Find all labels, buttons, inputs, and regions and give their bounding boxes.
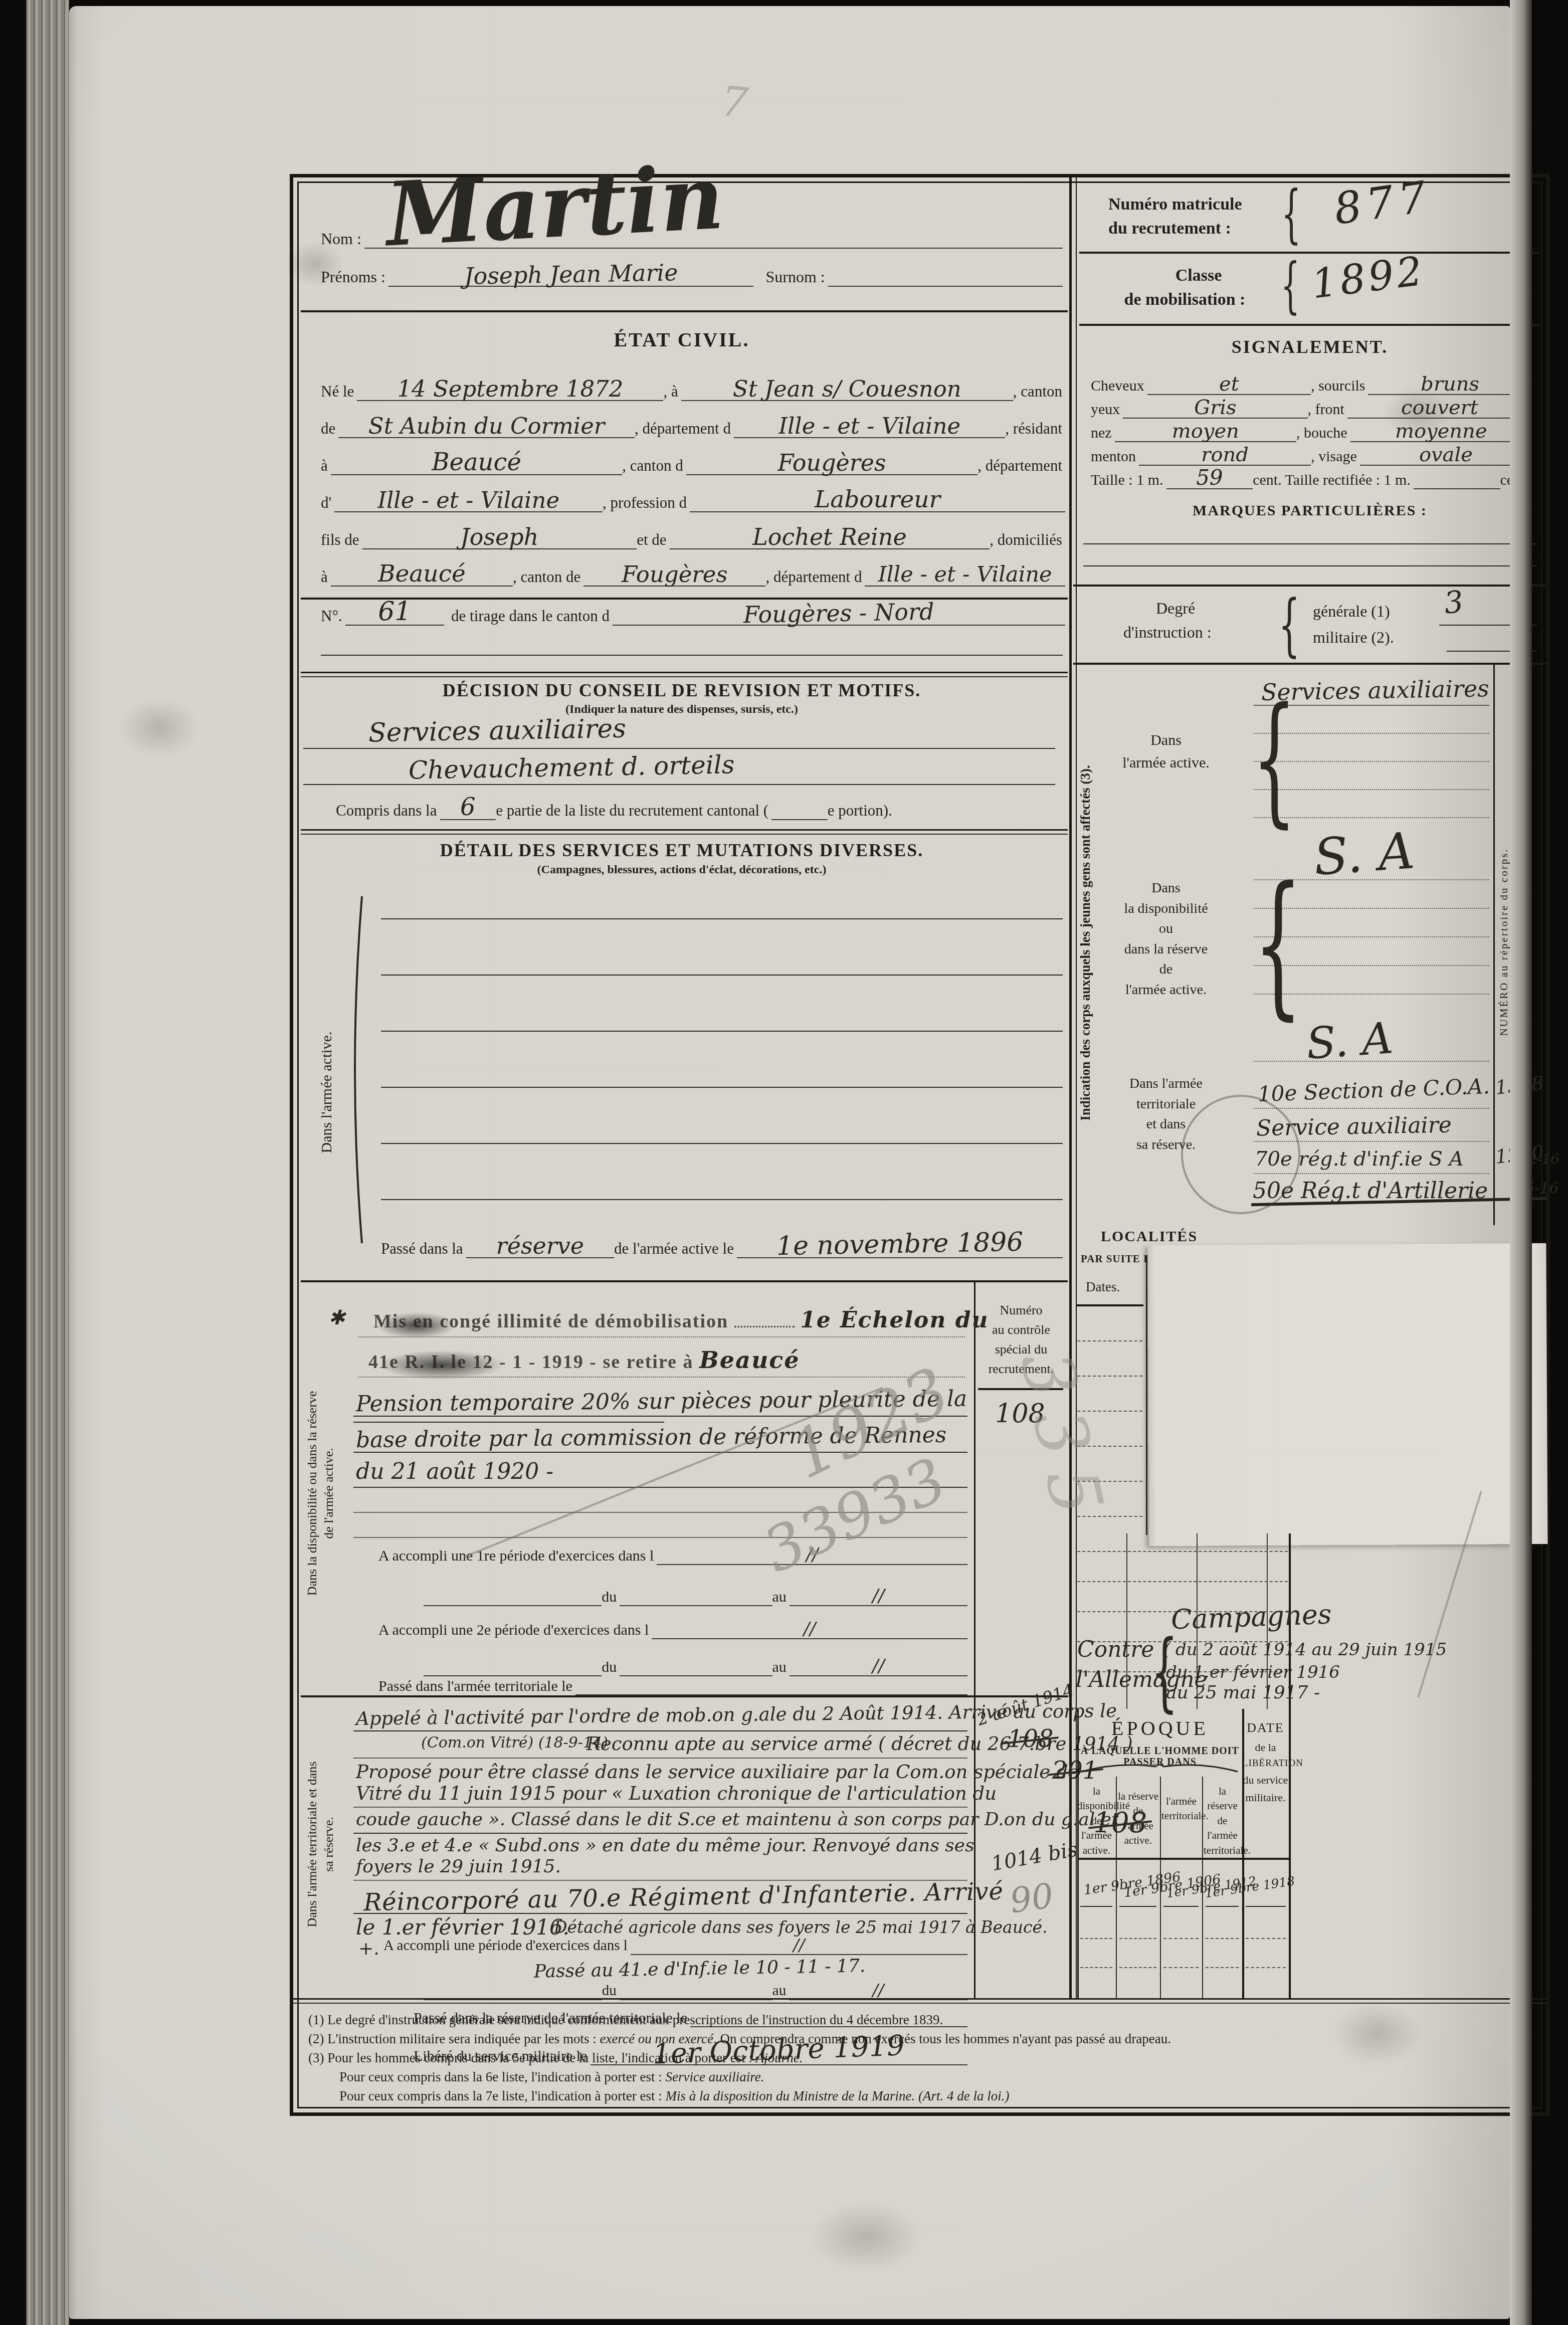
epoque-blank	[1246, 1967, 1286, 1968]
terr-rule1	[353, 1730, 967, 1731]
fils-de-label: fils de	[321, 531, 362, 549]
degre-generale-value: 3	[1443, 587, 1465, 619]
canton-row: de St Aubin du Cormier , département d I…	[321, 409, 1065, 438]
menton-label: menton	[1091, 448, 1139, 466]
footnote-1-num: (1)	[308, 2012, 324, 2027]
section-rule	[301, 1695, 1068, 1697]
pasted-paper-overlay	[1147, 1243, 1547, 1546]
asterisk-mark: ✱	[328, 1308, 345, 1328]
parents-row: fils de Joseph et de Lochet Reine , domi…	[321, 520, 1065, 549]
front-value: couvert	[1401, 398, 1478, 418]
canton3-label: , canton de	[513, 568, 583, 587]
paper-stain	[811, 2202, 921, 2272]
au-line: //	[790, 1587, 967, 1606]
du-line2	[620, 1605, 772, 1606]
pencil-scrawl: 335	[1010, 1345, 1115, 1535]
au-line: //	[789, 1982, 967, 2000]
double-rule-b	[301, 676, 1068, 677]
decision-line2: Chevauchement d. orteils	[409, 752, 735, 783]
canton2-line: Fougères	[686, 451, 978, 475]
au-label: au	[772, 1589, 790, 1606]
service-blank-line	[381, 975, 1063, 976]
disponibilite-side-label: Dans la disponibilité ou dans la réserve…	[304, 1386, 337, 1601]
epoque-blank	[1119, 1967, 1156, 1968]
birthplace-value: St Jean s/ Couesnon	[733, 377, 961, 400]
terr-line6: les 3.e et 4.e « Subd.ons » en date du m…	[356, 1837, 974, 1855]
terr-periode-line: //	[631, 1937, 967, 1955]
residence-line: Beaucé	[331, 450, 623, 475]
decision-line1-rule	[303, 748, 1055, 749]
footnote-5-text: Pour ceux compris dans la 7e liste, l'in…	[339, 2088, 665, 2103]
canton-label: , canton	[1013, 383, 1065, 401]
epoque-row-line	[1080, 1906, 1112, 1907]
footnote-3-text: Pour les hommes compris dans la 5e parti…	[327, 2050, 755, 2065]
passe-territoriale-row: Passé dans l'armée territoriale le	[378, 1670, 967, 1695]
corps-dispo-l1: Dans	[1093, 878, 1239, 899]
footnote-1: (1) Le degré d'instruction générale sera…	[308, 2012, 1534, 2027]
compris-line: 6	[440, 795, 496, 820]
canton2-value: Fougères	[777, 451, 886, 474]
de-label: de	[321, 420, 338, 438]
epoque-header-rule	[1077, 1858, 1289, 1860]
corps-dispo-l3: ou	[1093, 919, 1239, 939]
periode2-row: A accompli une 2e période d'exercices da…	[378, 1614, 967, 1639]
portion-line	[771, 819, 828, 820]
epoque-col1-header: la disponibilité de l'armée active.	[1077, 1784, 1116, 1858]
book-page-edges	[26, 0, 69, 2325]
numero-tirage-value: 61	[378, 599, 411, 625]
birthdate-value: 14 Septembre 1872	[397, 377, 623, 400]
margin-1014bis: 1014 bis	[990, 1839, 1079, 1874]
decision-title: DÉCISION DU CONSEIL DE REVISION ET MOTIF…	[293, 680, 1070, 700]
corps-dispo-value: S. A	[1312, 826, 1416, 883]
epoque-blank	[1080, 1967, 1112, 1968]
father-value: Joseph	[460, 525, 538, 548]
prenoms-line: Joseph Jean Marie	[388, 263, 754, 287]
profession-label: , profession d	[603, 494, 690, 512]
service-blank-line	[381, 1143, 1063, 1144]
nez-value: moyen	[1172, 421, 1239, 441]
stamp-line1-rule	[358, 1336, 965, 1337]
departement3-line: Ille - et - Vilaine	[334, 489, 603, 512]
taille-rectifiee-label: cent. Taille rectifiée : 1 m.	[1253, 472, 1414, 489]
departement-value: Ille - et - Vilaine	[778, 415, 960, 437]
epoque-row-line	[1119, 1906, 1156, 1907]
terr-periode-row: A accompli une période d'exercices dans …	[383, 1932, 967, 1955]
pension-line3: du 21 août 1920 -	[356, 1461, 553, 1483]
classe-label-l1: Classe	[1133, 264, 1264, 288]
periode1-dates-row: du au //	[424, 1581, 967, 1606]
degre-label-l2: d'instruction :	[1123, 624, 1212, 642]
corps-terr-row1: 10e Section de C.O.A.	[1257, 1076, 1490, 1105]
nez-line: moyen	[1115, 421, 1296, 442]
compris-row: Compris dans la 6 e partie de la liste d…	[336, 793, 1038, 820]
a2-label: à	[321, 457, 331, 475]
epoque-date-l4: du service	[1242, 1771, 1289, 1789]
ditto-mark: //	[804, 1620, 816, 1638]
footnote-4-italic: Service auxiliaire.	[665, 2069, 764, 2084]
pension-rule1b	[353, 1422, 664, 1423]
departement-line: Ille - et - Vilaine	[734, 415, 1005, 438]
degre-label-l1: Degré	[1156, 600, 1195, 618]
visage-value: ovale	[1419, 445, 1473, 465]
departement-label: , département d	[635, 420, 734, 438]
departement2-label: , département	[977, 457, 1065, 475]
epoque-right-border	[1289, 1709, 1291, 1998]
passe-reserve-row: Passé dans la réserve de l'armée active …	[381, 1228, 1063, 1258]
margin-108-crossed: 108	[1008, 1727, 1054, 1751]
stamp-echelon: 1e Échelon du	[800, 1309, 989, 1331]
residence-row: à Beaucé , canton d Fougères , départeme…	[321, 446, 1065, 475]
right-column: Numéro matricule du recrutement : { 877 …	[1073, 177, 1546, 1998]
epoque-date-l1: DATE	[1242, 1717, 1289, 1738]
terr-rule3	[353, 1807, 967, 1808]
campagnes-contre: Contre	[1077, 1639, 1154, 1661]
tirage-canton-value: Fougères - Nord	[743, 600, 934, 627]
cheveux-value: et	[1219, 374, 1239, 394]
nez-label: nez	[1091, 425, 1115, 442]
stamp-line2-rule	[358, 1377, 965, 1378]
a-label: , à	[663, 383, 681, 401]
divider	[1073, 663, 1546, 665]
footnote-4-text: Pour ceux compris dans la 6e liste, l'in…	[339, 2069, 665, 2084]
terr-rule2	[353, 1758, 967, 1759]
epoque-col2-header: la réserve de l'armée active.	[1117, 1789, 1159, 1848]
canton-value: St Aubin du Cormier	[368, 415, 605, 437]
divider	[1073, 585, 1546, 587]
classe-label-l2: de mobilisation :	[1106, 288, 1264, 312]
birth-row: Né le 14 Septembre 1872 , à St Jean s/ C…	[321, 372, 1065, 401]
bouche-value: moyenne	[1395, 421, 1487, 441]
departement3-value: Ille - et - Vilaine	[377, 489, 559, 511]
stamp-text-b: 41e R. I. le 12 - 1 - 1919 - se retire à	[368, 1351, 693, 1373]
et-de-label: et de	[637, 531, 669, 549]
epoque-blank	[1163, 1967, 1199, 1968]
corps-dispo-l4: dans la réserve	[1093, 939, 1239, 960]
canton-line: St Aubin du Cormier	[338, 415, 635, 438]
classe-label: Classe de mobilisation :	[1133, 264, 1264, 311]
campagnes-dates2: du 1.er février 1916	[1166, 1664, 1340, 1681]
corps-terr-label: Dans l'armée territoriale et dans sa rés…	[1101, 1074, 1231, 1155]
cheveux-row: Cheveux et , sourcils bruns	[1091, 371, 1532, 395]
menton-row: menton rond , visage ovale	[1091, 442, 1532, 466]
father-line: Joseph	[362, 525, 637, 549]
epoque-blank	[1206, 1967, 1239, 1968]
footnote-5: Pour ceux compris dans la 7e liste, l'in…	[339, 2088, 1532, 2103]
form-frame: Martin Nom : Prénoms : Joseph Jean Marie…	[290, 174, 1550, 2116]
classe-value: 1892	[1309, 251, 1428, 304]
compris-value: 6	[460, 795, 476, 819]
dates-column-divider	[1146, 1255, 1147, 1535]
prenoms-row: Prénoms : Joseph Jean Marie Surnom :	[321, 257, 1063, 287]
sourcils-label: , sourcils	[1311, 377, 1368, 395]
classe-brace: {	[1281, 259, 1300, 313]
periode2-line: //	[652, 1620, 967, 1639]
corps-dotted	[1254, 1061, 1489, 1062]
marques-title: MARQUES PARTICULIÈRES :	[1073, 502, 1546, 519]
footnote-5-italic: Mis à la disposition du Ministre de la M…	[665, 2088, 1009, 2103]
corps-terr-l2: territoriale	[1101, 1094, 1231, 1115]
a3-label: à	[321, 568, 331, 587]
matricule-label: Numéro matricule du recrutement :	[1108, 192, 1242, 240]
passe-label2: de l'armée active le	[614, 1240, 737, 1258]
epoque-blank	[1119, 1938, 1156, 1939]
menton-line: rond	[1139, 445, 1311, 466]
compris-label3: e portion).	[828, 802, 895, 820]
periode1-label: A accompli une 1re période d'exercices d…	[378, 1547, 657, 1565]
yeux-label: yeux	[1091, 401, 1123, 419]
profession-value: Laboureur	[815, 488, 940, 511]
visage-label: , visage	[1311, 448, 1360, 466]
front-line: couvert	[1347, 398, 1532, 419]
epoque-date-l2: de la	[1242, 1738, 1289, 1756]
epoque-row-line	[1246, 1906, 1286, 1907]
double-rule2-b	[301, 834, 1068, 835]
departement4-label: , département d	[765, 568, 865, 587]
periode2-label: A accompli une 2e période d'exercices da…	[378, 1622, 652, 1639]
localites-title: LOCALITÉS	[1101, 1228, 1198, 1245]
du-label: du	[602, 1589, 620, 1606]
profession-line: Laboureur	[690, 488, 1065, 512]
detail-title: DÉTAIL DES SERVICES ET MUTATIONS DIVERSE…	[293, 840, 1070, 860]
margin-90-pencil: 90	[1008, 1879, 1056, 1918]
terr-rule4	[353, 1833, 967, 1834]
numero-tirage-line: 61	[345, 599, 445, 626]
front-label: , front	[1308, 401, 1347, 419]
cheveux-label: Cheveux	[1091, 377, 1147, 395]
surnom-label: Surnom :	[753, 268, 828, 287]
compris-label: Compris dans la	[336, 802, 440, 820]
degre-brace: {	[1278, 595, 1300, 656]
surnom-line	[828, 286, 1063, 287]
corps-dispo-brace: {	[1253, 874, 1303, 1014]
campagnes-dates3: au 25 mai 1917 -	[1166, 1684, 1320, 1702]
service-blank-line	[381, 1199, 1063, 1200]
epoque-blank	[1246, 1938, 1286, 1939]
territoriale-side-label: Dans l'armée territoriale et dans sa rés…	[304, 1757, 337, 1932]
matricule-value: 877	[1331, 175, 1434, 231]
numero-controle-l2: au contrôle	[976, 1320, 1066, 1339]
periode1-row: A accompli une 1re période d'exercices d…	[378, 1540, 967, 1565]
register-sheet: 7 Martin Nom : Prénoms : Joseph Jean Mar…	[69, 6, 1510, 2319]
nom-line	[364, 248, 1063, 249]
classe-divider	[1079, 324, 1540, 326]
numero-tirage-label: N°.	[321, 608, 345, 626]
marques-line2	[1083, 565, 1537, 566]
ditto-mark: //	[873, 1982, 884, 1999]
nez-row: nez moyen , bouche moyenne	[1091, 418, 1532, 442]
numero-controle-l1: Numéro	[976, 1300, 1066, 1320]
degre-militaire-label: militaire (2).	[1313, 629, 1394, 647]
double-rule-a	[301, 672, 1068, 673]
matricule-label-l1: Numéro matricule	[1108, 192, 1242, 217]
dates-blank	[1077, 1340, 1142, 1341]
footnote-2-text-b: . On comprendra comme non exercés tous l…	[713, 2031, 1171, 2046]
departement4-line: Ille - et - Vilaine	[865, 564, 1065, 587]
double-rule2-a	[301, 829, 1068, 831]
passe-line2: 1e novembre 1896	[737, 1231, 1063, 1258]
terr-line4: Vitré du 11 juin 1915 pour « Luxation ch…	[356, 1784, 997, 1803]
campagnes-dates1: ( du 2 août 1914 au 29 juin 1915	[1163, 1641, 1447, 1658]
taille-row: Taille : 1 m. 59 cent. Taille rectifiée …	[1091, 465, 1532, 489]
du-label: du	[602, 1983, 620, 2000]
epoque-blank	[1206, 1938, 1239, 1939]
nom-row: Nom :	[321, 218, 1063, 249]
terr-line7: foyers le 29 juin 1915.	[356, 1858, 561, 1876]
detail-subtitle: (Campagnes, blessures, actions d'éclat, …	[293, 863, 1070, 877]
paper-stain	[119, 698, 200, 758]
terr-periode-label: A accompli une période d'exercices dans …	[383, 1938, 631, 1955]
dates-header-rule	[1076, 1304, 1143, 1306]
profession-row: d' Ille - et - Vilaine , profession d La…	[321, 483, 1065, 512]
armee-active-brace	[346, 894, 366, 1245]
service-blank-line	[381, 918, 1063, 919]
epoque-date-header: DATE de la LIBÉRATION du service militai…	[1242, 1717, 1289, 1807]
footnote-2-italic: exercé ou non exercé	[600, 2031, 713, 2046]
epoque-blank	[1163, 1938, 1199, 1939]
taille-rectifiee-line	[1414, 488, 1500, 489]
etat-civil-title: ÉTAT CIVIL.	[293, 329, 1070, 351]
footnote-3: (3) Pour les hommes compris dans la 5e p…	[308, 2050, 1534, 2065]
tirage-canton-line: Fougères - Nord	[613, 602, 1065, 626]
birthplace-line: St Jean s/ Couesnon	[681, 377, 1013, 401]
sourcils-value: bruns	[1421, 374, 1479, 394]
corps-terr-l4: sa réserve.	[1101, 1135, 1231, 1155]
sourcils-line: bruns	[1368, 374, 1532, 395]
prenoms-label: Prénoms :	[321, 268, 388, 287]
bouche-line: moyenne	[1350, 421, 1532, 442]
next-page-edge	[1510, 0, 1532, 2325]
passe-label: Passé dans la	[381, 1240, 466, 1258]
numero-repertoire-divider-left	[1493, 663, 1495, 1225]
corps-active-label: Dans l'armée active.	[1093, 729, 1239, 774]
canton3-value: Fougères	[622, 563, 728, 586]
domicile-row: à Beaucé , canton de Fougères , départem…	[321, 557, 1065, 587]
signalement-title: SIGNALEMENT.	[1073, 337, 1546, 357]
yeux-line: Gris	[1123, 398, 1307, 419]
epoque-col4-header: la réserve de l'armée territoriale.	[1204, 1784, 1241, 1858]
domicile-line: Beaucé	[331, 562, 513, 587]
decision-line2-rule	[303, 784, 1055, 785]
canton2-label: , canton d	[622, 457, 686, 475]
passe-line1: réserve	[466, 1234, 615, 1258]
taille-value: 59	[1196, 467, 1223, 488]
numero-repertoire-label: NUMÉRO au répertoire du corps.	[1497, 669, 1510, 1215]
terr-line8: Réincorporé au 70.e Régiment d'Infanteri…	[363, 1879, 1004, 1914]
matricule-divider	[1079, 252, 1540, 254]
degre-generale-label: générale (1)	[1313, 603, 1390, 621]
demobilisation-stamp-line1: Mis en congé illimité de démobilisation …	[373, 1309, 989, 1332]
mother-line: Lochet Reine	[670, 525, 990, 549]
footnote-rule-b	[293, 2003, 1546, 2004]
scanned-military-register-page: 7 Martin Nom : Prénoms : Joseph Jean Mar…	[0, 0, 1568, 2325]
terr-line5: coude gauche ». Classé dans le dit S.ce …	[356, 1811, 1118, 1829]
ditto-mark: //	[872, 1587, 884, 1605]
taille-line: 59	[1166, 467, 1253, 489]
campagnes-title: Campagnes	[1170, 1601, 1332, 1633]
departement4-value: Ille - et - Vilaine	[878, 564, 1052, 586]
passe-value1: réserve	[496, 1234, 584, 1257]
corps-side-label: Indication des corps auxquels les jeunes…	[1077, 665, 1094, 1221]
pencil-page-number: 7	[719, 80, 750, 124]
epoque-row-line	[1163, 1906, 1199, 1907]
matricule-label-l2: du recrutement :	[1108, 217, 1242, 241]
blank-line	[321, 655, 1063, 656]
epoque-blank	[1080, 1938, 1112, 1939]
d-label: d'	[321, 494, 334, 512]
residant-label: , résidant	[1005, 420, 1065, 438]
corps-dispo-label: Dans la disponibilité ou dans la réserve…	[1093, 878, 1239, 1001]
terr-line3: Proposé pour être classé dans le service…	[356, 1763, 1079, 1781]
tirage-label: de tirage dans le canton d	[444, 608, 613, 626]
epoque-date-l3: LIBÉRATION	[1242, 1756, 1289, 1771]
canton3-line: Fougères	[583, 563, 765, 587]
residence-value: Beaucé	[432, 450, 521, 474]
terr-dates-row: du au //	[424, 1977, 967, 2000]
corps-dispo-l2: la disponibilité	[1093, 899, 1239, 919]
footnote-1-text: Le degré d'instruction générale sera ind…	[327, 2012, 943, 2027]
domicile-value: Beaucé	[378, 562, 466, 586]
bouche-label: , bouche	[1296, 425, 1350, 442]
epoque-title: ÉPOQUE	[1077, 1717, 1243, 1740]
demobilisation-stamp-line2: 41e R. I. le 12 - 1 - 1919 - se retire à…	[368, 1348, 800, 1373]
au-label: au	[772, 1983, 789, 2000]
du-line	[424, 1605, 602, 1606]
corps-dotted	[1254, 1108, 1489, 1109]
decision-subtitle: (Indiquer la nature des dispenses, sursi…	[293, 703, 1070, 716]
taille-label: Taille : 1 m.	[1091, 472, 1166, 489]
section-rule	[301, 310, 1068, 312]
terr-line2a: (Com.on Vitré) (18-9-14)	[421, 1735, 608, 1751]
footnote-4: Pour ceux compris dans la 6e liste, l'in…	[339, 2069, 1532, 2084]
service-blank-line	[381, 1087, 1063, 1088]
terr-rule6	[353, 1913, 967, 1914]
footnote-rule-a	[293, 1998, 1546, 2000]
decision-line1: Services auxiliaires	[368, 716, 627, 746]
camp-blank	[1077, 1581, 1288, 1582]
corps-active-brace: {	[1252, 696, 1297, 823]
cheveux-line: et	[1147, 374, 1311, 395]
armee-active-side-label: Dans l'armée active.	[317, 967, 336, 1218]
corps-terr-l1: Dans l'armée	[1101, 1074, 1231, 1094]
epoque-col3-header: l'armée territoriale.	[1161, 1794, 1201, 1824]
terr-plus-mark: +.	[358, 1940, 379, 1958]
marques-line1	[1083, 543, 1537, 544]
corps-active-l1: Dans	[1093, 729, 1239, 751]
passe-territoriale-label: Passé dans l'armée territoriale le	[378, 1678, 575, 1695]
corps-active-l2: l'armée active.	[1093, 751, 1239, 774]
footnote-2-num: (2)	[308, 2031, 324, 2046]
footnote-3-num: (3)	[308, 2050, 324, 2065]
yeux-row: yeux Gris , front couvert	[1091, 395, 1532, 419]
domicilies-label: , domiciliés	[990, 531, 1065, 549]
dates-column-header: Dates.	[1086, 1279, 1120, 1294]
stamp-retire-place: Beaucé	[699, 1348, 800, 1372]
menton-value: rond	[1201, 445, 1249, 465]
epoque-overbrace	[1079, 1761, 1240, 1774]
nom-label: Nom :	[321, 230, 364, 249]
yeux-value: Gris	[1194, 398, 1236, 418]
corps-terr-l3: et dans	[1101, 1114, 1231, 1135]
tirage-row: N°. 61 de tirage dans le canton d Fougèr…	[321, 598, 1065, 626]
compris-label2: e partie de la liste du recrutement cant…	[496, 802, 771, 820]
section-rule	[301, 1280, 1068, 1282]
corps-terr-sa: S. A	[1305, 1017, 1394, 1066]
birthdate-line: 14 Septembre 1872	[357, 377, 663, 401]
ne-le-label: Né le	[321, 383, 357, 401]
mother-value: Lochet Reine	[752, 525, 906, 548]
footnote-2-text-a: L'instruction militaire sera indiquée pa…	[327, 2031, 600, 2046]
